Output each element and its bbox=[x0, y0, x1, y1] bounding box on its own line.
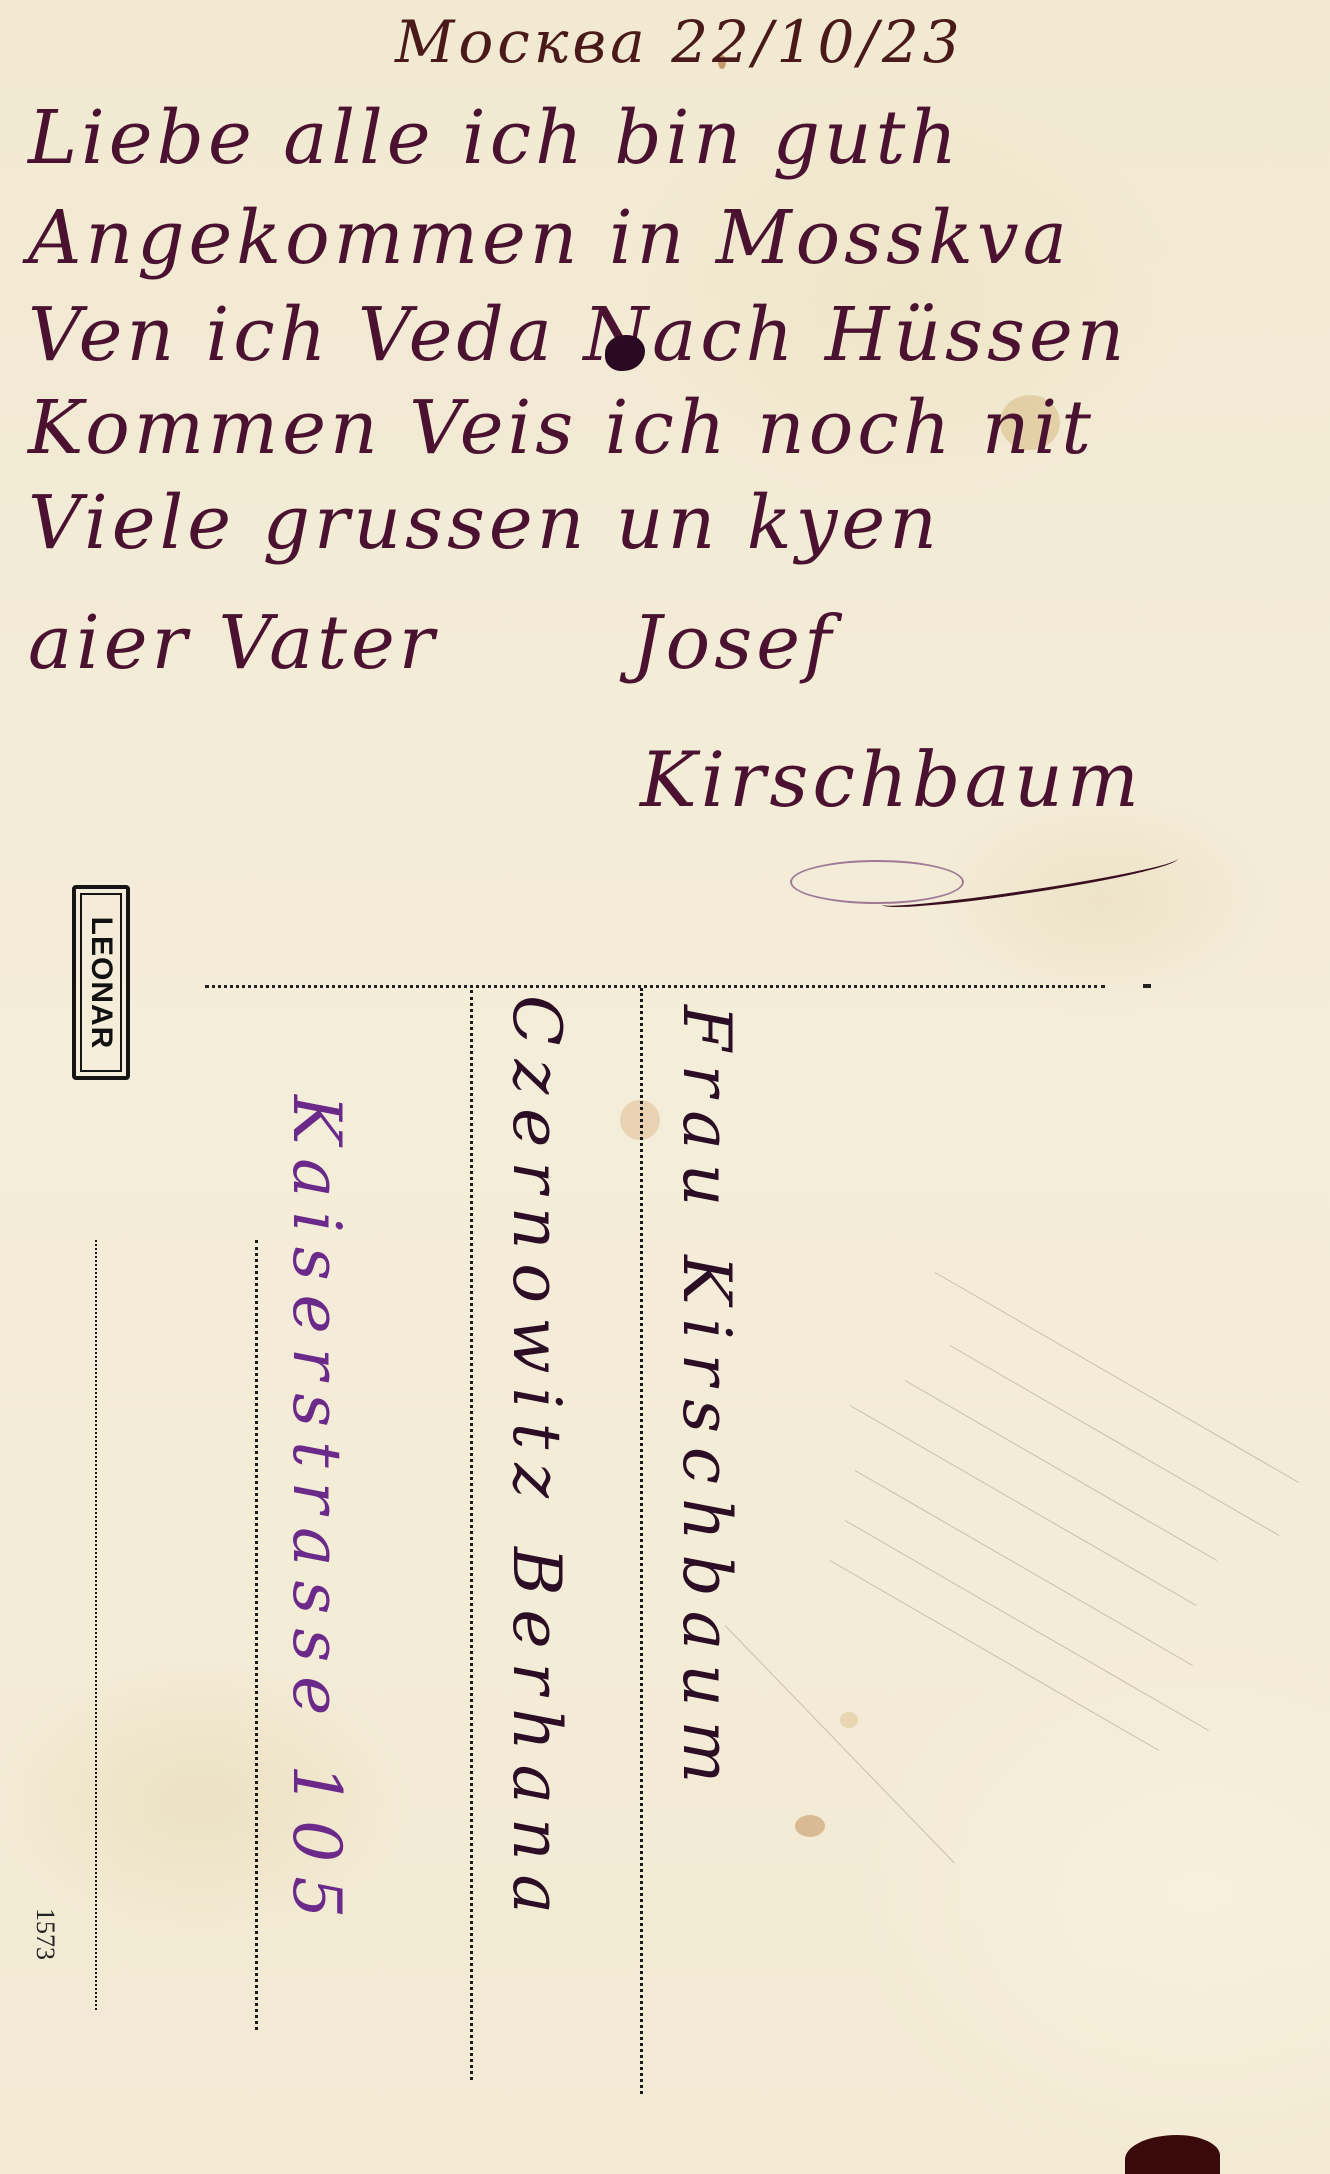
message-line: Kommen Veis ich noch nit bbox=[28, 385, 1095, 471]
address-line-street: Kaiserstrasse 105 bbox=[278, 1095, 355, 1932]
address-line-city: Czernowitz Berhana bbox=[498, 995, 575, 1928]
place-date: Москва 22/10/23 bbox=[395, 8, 964, 76]
publisher-logo: LEONAR bbox=[72, 885, 130, 1080]
message-line: Viele grussen un kyen bbox=[28, 480, 941, 566]
message-line: Angekommen in Mosskva bbox=[28, 195, 1071, 281]
message-line: Liebe alle ich bin guth bbox=[28, 95, 961, 181]
divider-rule bbox=[205, 985, 1105, 988]
address-rule bbox=[95, 1240, 97, 2010]
divider-rule-end bbox=[1143, 984, 1151, 988]
address-rule bbox=[255, 1240, 258, 2030]
publisher-brand: LEONAR bbox=[84, 916, 118, 1049]
signature-surname: Kirschbaum bbox=[640, 735, 1143, 824]
message-line: Ven ich Veda Nach Hüssen bbox=[28, 292, 1128, 378]
age-stain bbox=[795, 1815, 825, 1837]
message-line: aier Vater bbox=[28, 600, 438, 686]
signature-first-name: Josef bbox=[632, 600, 835, 686]
address-line-recipient: Frau Kirschbaum bbox=[668, 1005, 745, 1797]
address-rule bbox=[640, 988, 643, 2094]
address-rule bbox=[470, 990, 473, 2080]
age-stain bbox=[840, 1712, 858, 1728]
publisher-serial: 1573 bbox=[30, 1908, 60, 1960]
